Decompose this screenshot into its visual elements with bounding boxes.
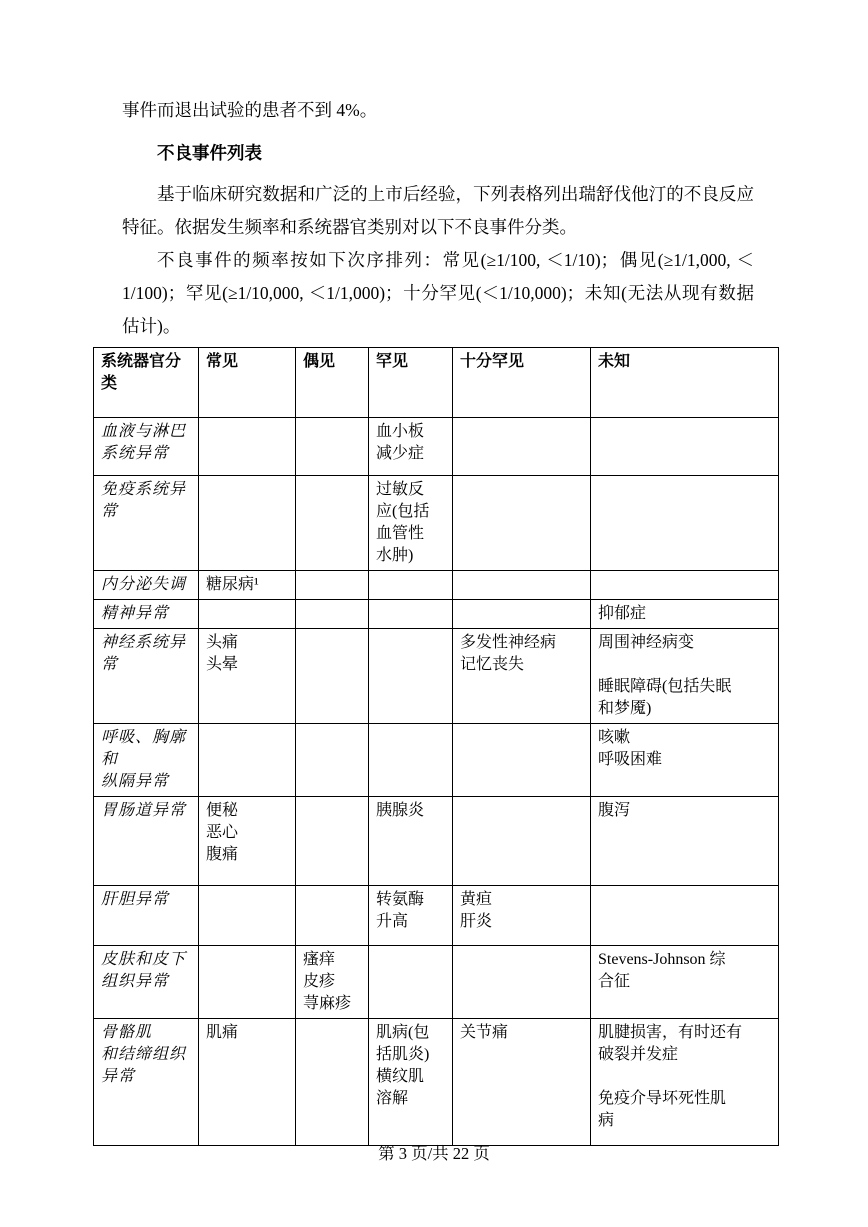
table-cell: 血液与淋巴 系统异常 xyxy=(94,418,199,476)
paragraph-trial-dropout: 事件而退出试验的患者不到 4%。 xyxy=(122,0,754,127)
table-cell: 多发性神经病 记忆丧失 xyxy=(453,629,591,724)
table-cell xyxy=(296,571,369,600)
table-header-soc: 系统器官分 类 xyxy=(94,348,199,418)
table-header-row: 系统器官分 类 常见 偶见 罕见 十分罕见 未知 xyxy=(94,348,779,418)
table-cell xyxy=(296,629,369,724)
table-cell: 肌病(包 括肌炎) 横纹肌 溶解 xyxy=(369,1019,453,1146)
table-cell xyxy=(296,886,369,946)
table-cell xyxy=(199,946,296,1019)
table-cell: 骨骼肌 和结缔组织 异常 xyxy=(94,1019,199,1146)
table-cell xyxy=(369,629,453,724)
table-row-endocrine: 内分泌失调 糖尿病¹ xyxy=(94,571,779,600)
document-page: 事件而退出试验的患者不到 4%。 不良事件列表 基于临床研究数据和广泛的上市后经… xyxy=(0,0,868,1227)
table-cell: 关节痛 xyxy=(453,1019,591,1146)
table-cell: 神经系统异 常 xyxy=(94,629,199,724)
table-cell xyxy=(591,476,779,571)
page-number: 第 3 页/共 22 页 xyxy=(0,1140,868,1164)
table-cell: 头痛 头晕 xyxy=(199,629,296,724)
table-cell xyxy=(199,600,296,629)
table-row-hepatobiliary: 肝胆异常 转氨酶 升高 黄疸 肝炎 xyxy=(94,886,779,946)
table-cell: 肝胆异常 xyxy=(94,886,199,946)
table-cell: 精神异常 xyxy=(94,600,199,629)
table-header-rare: 罕见 xyxy=(369,348,453,418)
table-header-unknown: 未知 xyxy=(591,348,779,418)
table-cell: 抑郁症 xyxy=(591,600,779,629)
table-cell xyxy=(369,600,453,629)
paragraph-table-intro: 基于临床研究数据和广泛的上市后经验，下列表格列出瑞舒伐他汀的不良反应特征。依据发… xyxy=(122,178,754,244)
table-cell: 腹泻 xyxy=(591,797,779,886)
table-cell: 胃肠道异常 xyxy=(94,797,199,886)
table-cell: 肌腱损害，有时还有 破裂并发症 免疫介导坏死性肌 病 xyxy=(591,1019,779,1146)
table-cell xyxy=(199,886,296,946)
table-cell xyxy=(591,886,779,946)
table-cell: 转氨酶 升高 xyxy=(369,886,453,946)
table-cell xyxy=(199,724,296,797)
table-cell: Stevens-Johnson 综 合征 xyxy=(591,946,779,1019)
table-cell xyxy=(591,418,779,476)
table-row-nervous-system: 神经系统异 常 头痛 头晕 多发性神经病 记忆丧失 周围神经病变 睡眠障碍(包括… xyxy=(94,629,779,724)
table-cell xyxy=(296,797,369,886)
table-cell xyxy=(453,946,591,1019)
table-row-immune: 免疫系统异 常 过敏反 应(包括 血管性 水肿) xyxy=(94,476,779,571)
table-header-very-rare: 十分罕见 xyxy=(453,348,591,418)
table-cell: 咳嗽 呼吸困难 xyxy=(591,724,779,797)
table-cell xyxy=(199,418,296,476)
adverse-events-table: 系统器官分 类 常见 偶见 罕见 十分罕见 未知 血液与淋巴 系统异常 血小板 … xyxy=(93,347,779,1146)
table-cell xyxy=(296,476,369,571)
table-cell: 免疫系统异 常 xyxy=(94,476,199,571)
table-cell: 皮肤和皮下 组织异常 xyxy=(94,946,199,1019)
table-row-respiratory: 呼吸、胸廓和 纵隔异常 咳嗽 呼吸困难 xyxy=(94,724,779,797)
table-cell: 便秘 恶心 腹痛 xyxy=(199,797,296,886)
table-cell: 胰腺炎 xyxy=(369,797,453,886)
table-cell: 血小板 减少症 xyxy=(369,418,453,476)
paragraph-frequency-definitions: 不良事件的频率按如下次序排列：常见(≥1/100, ＜1/10)；偶见(≥1/1… xyxy=(122,244,754,343)
table-cell xyxy=(296,600,369,629)
table-cell: 肌痛 xyxy=(199,1019,296,1146)
table-row-psychiatric: 精神异常 抑郁症 xyxy=(94,600,779,629)
table-cell xyxy=(369,571,453,600)
table-cell: 糖尿病¹ xyxy=(199,571,296,600)
table-row-gastrointestinal: 胃肠道异常 便秘 恶心 腹痛 胰腺炎 腹泻 xyxy=(94,797,779,886)
table-row-blood-lymphatic: 血液与淋巴 系统异常 血小板 减少症 xyxy=(94,418,779,476)
table-cell xyxy=(591,571,779,600)
section-heading-adverse-event-list: 不良事件列表 xyxy=(122,137,754,170)
table-cell xyxy=(453,571,591,600)
table-cell xyxy=(369,946,453,1019)
table-cell xyxy=(453,600,591,629)
table-cell xyxy=(296,724,369,797)
table-row-skin: 皮肤和皮下 组织异常 瘙痒 皮疹 荨麻疹 Stevens-Johnson 综 合… xyxy=(94,946,779,1019)
table-header-common: 常见 xyxy=(199,348,296,418)
table-cell xyxy=(369,724,453,797)
table-cell xyxy=(296,1019,369,1146)
table-cell xyxy=(453,476,591,571)
table-cell: 过敏反 应(包括 血管性 水肿) xyxy=(369,476,453,571)
table-cell xyxy=(453,724,591,797)
table-cell xyxy=(453,418,591,476)
table-cell: 黄疸 肝炎 xyxy=(453,886,591,946)
table-cell: 瘙痒 皮疹 荨麻疹 xyxy=(296,946,369,1019)
table-cell xyxy=(296,418,369,476)
table-cell xyxy=(453,797,591,886)
table-header-uncommon: 偶见 xyxy=(296,348,369,418)
table-row-musculoskeletal: 骨骼肌 和结缔组织 异常 肌痛 肌病(包 括肌炎) 横纹肌 溶解 关节痛 肌腱损… xyxy=(94,1019,779,1146)
table-cell: 周围神经病变 睡眠障碍(包括失眠 和梦魇) xyxy=(591,629,779,724)
table-cell xyxy=(199,476,296,571)
table-cell: 内分泌失调 xyxy=(94,571,199,600)
table-cell: 呼吸、胸廓和 纵隔异常 xyxy=(94,724,199,797)
